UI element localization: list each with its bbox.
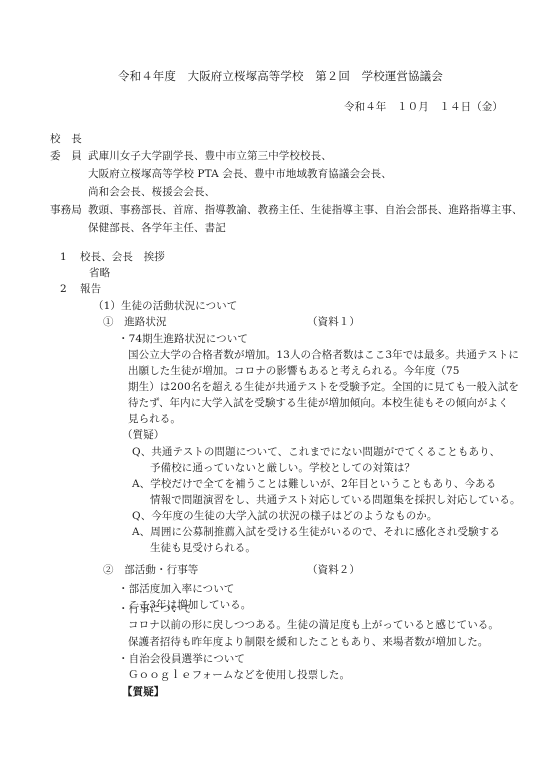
clubs-item-3-bullet: ・自治会役員選挙について (118, 653, 245, 666)
qa-1-answer-2: 情報で問題演習をし、共通テスト対応している問題集を採択し対応している。 (150, 494, 521, 507)
qa-1-answer-1: A、学校だけで全てを補うことは難しいが、2年目ということもあり、今ある (132, 478, 496, 491)
career-qa-label: （質疑） (122, 429, 164, 442)
agenda-1-number: 1 (60, 251, 67, 264)
agenda-1-body: 省略 (89, 267, 110, 280)
members-line-1: 武庫川女子大学副学長、豊中市立第三中学校校長、 (88, 150, 332, 163)
agenda-2-title: 報告 (80, 283, 101, 296)
career-body-4: 待たず、年内に大学入試を受験する生徒が増加傾向。本校生徒もその傾向がよく (128, 397, 509, 410)
principal-label: 校 長 (50, 133, 82, 146)
section-1-heading: （1）生徒の活動状況について (93, 300, 237, 313)
members-line-2: 大阪府立桜塚高等学校 PTA 会長、豊中市地域教育協議会会長、 (88, 168, 392, 181)
agenda-2-number: 2 (60, 283, 67, 296)
clubs-item-2-body-1: コロナ以前の形に戻しつつある。生徒の満足度も上がっていると感じている。 (128, 619, 499, 632)
members-line-3: 尚和会会長、桜援会会長、 (88, 186, 215, 199)
career-bullet: ・74期生進路状況について (118, 333, 248, 346)
clubs-item-1-bullet: ・部活度加入率について (118, 583, 234, 596)
clubs-ref: （資料２） (307, 564, 360, 577)
meeting-date: 令和４年 １０月 １４日（金） (344, 101, 503, 114)
career-ref: （資料１） (307, 316, 360, 329)
document-title: 令和４年度 大阪府立桜塚高等学校 第２回 学校運営協議会 (118, 70, 443, 83)
career-body-2: 出願した生徒が増加。コロナの影響もあると考えられる。今年度（75 (128, 365, 460, 378)
qa-2-answer-2: 生徒も見受けられる。 (150, 542, 256, 555)
qa-2-answer-1: A、周囲に公募制推薦入試を受ける生徒がいるので、それに感化され受験する (132, 526, 500, 539)
clubs-item-2-bullet: ・行事について (118, 603, 192, 616)
agenda-1-title: 校長、会長 挨拶 (80, 251, 165, 264)
career-heading: ① 進路状況 (103, 316, 167, 329)
members-label: 委 員 (50, 150, 82, 163)
secretariat-line-2: 保健部長、各学年主任、書記 (88, 222, 226, 235)
clubs-item-3-body-1: Ｇｏｏｇｌｅフォームなどを使用し投票した。 (128, 669, 350, 682)
clubs-qa-label: 【質疑】 (122, 686, 164, 699)
clubs-heading: ② 部活動・行事等 (103, 564, 198, 577)
career-body-1: 国公立大学の合格者数が増加。13人の合格者数はここ3年では最多。共通テストに (128, 349, 519, 362)
career-body-5: 見られる。 (128, 413, 181, 426)
secretariat-line-1: 教頭、事務部長、首席、指導教諭、教務主任、生徒指導主事、自治会部長、進路指導主事… (88, 204, 523, 217)
qa-2-question-1: Q、今年度の生徒の大学入試の状況の様子はどのようなものか。 (132, 510, 438, 523)
career-body-3: 期生）は200名を超える生徒が共通テストを受験予定。全国的に見ても一般入試を (128, 381, 519, 394)
secretariat-label: 事務局 (50, 204, 82, 217)
qa-1-question-1: Q、共通テストの問題について、これまでにない問題がでてくることもあり、 (132, 446, 500, 459)
clubs-item-2-body-2: 保護者招待も昨年度より制限を緩和したこともあり、来場者数が増加した。 (128, 636, 488, 649)
qa-1-question-2: 予備校に通っていないと厳しい。学校としての対策は？ (150, 462, 415, 475)
